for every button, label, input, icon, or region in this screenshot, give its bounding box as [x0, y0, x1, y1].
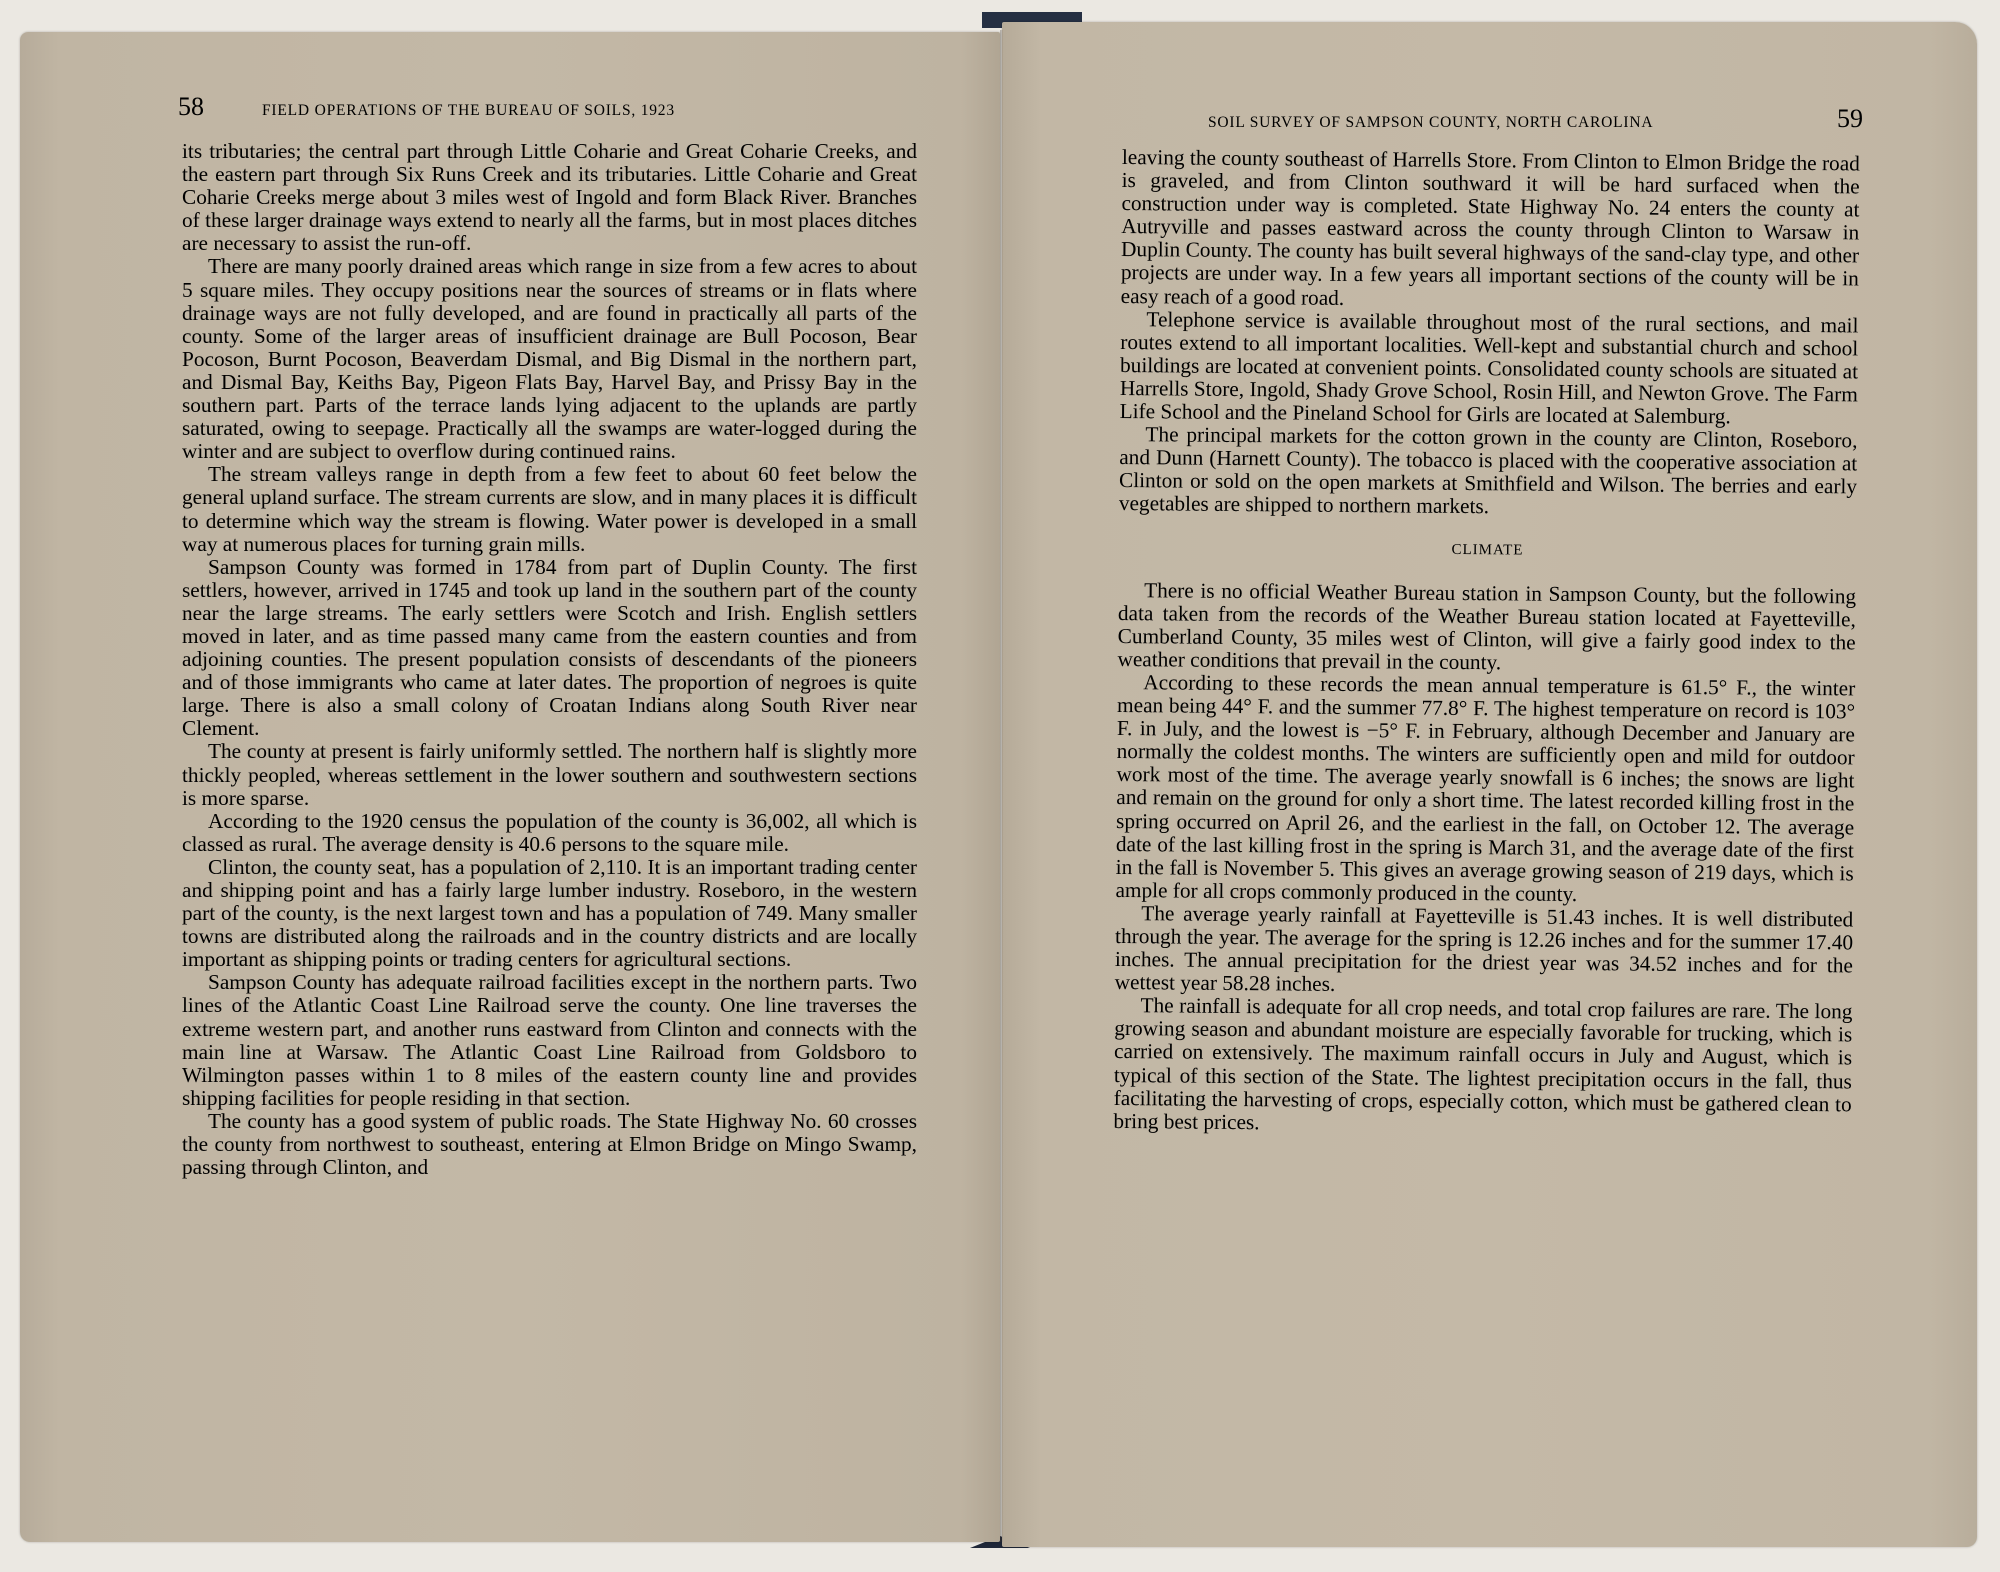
right-page-body: leaving the county southeast of Harrells…: [1113, 146, 1860, 1139]
running-head-title: FIELD OPERATIONS OF THE BUREAU OF SOILS,…: [262, 102, 675, 120]
paragraph: The rainfall is adequate for all crop ne…: [1113, 994, 1852, 1139]
page-gutter: [1000, 30, 1003, 1542]
page-number: 58: [178, 92, 204, 122]
paragraph: Telephone service is available throughou…: [1120, 308, 1859, 430]
paragraph: The county at present is fairly uniforml…: [182, 740, 917, 809]
right-running-header: SOIL SURVEY OF SAMPSON COUNTY, NORTH CAR…: [1208, 104, 1863, 134]
paragraph: The county has a good system of public r…: [182, 1110, 917, 1179]
paragraph: Sampson County was formed in 1784 from p…: [182, 556, 917, 741]
paragraph: Clinton, the county seat, has a populati…: [182, 856, 917, 971]
paragraph: leaving the county southeast of Harrells…: [1121, 146, 1860, 314]
paragraph: According to these records the mean annu…: [1115, 671, 1855, 908]
paragraph: its tributaries; the central part throug…: [182, 140, 917, 255]
left-running-header: 58 FIELD OPERATIONS OF THE BUREAU OF SOI…: [178, 92, 918, 122]
paragraph: Sampson County has adequate railroad fac…: [182, 971, 917, 1110]
paragraph: According to the 1920 census the populat…: [182, 810, 917, 856]
running-head-title: SOIL SURVEY OF SAMPSON COUNTY, NORTH CAR…: [1208, 114, 1653, 132]
section-heading-climate: CLIMATE: [1118, 535, 1856, 565]
paragraph: The average yearly rainfall at Fayettevi…: [1115, 902, 1854, 1001]
paragraph: There are many poorly drained areas whic…: [182, 255, 917, 463]
paragraph: The principal markets for the cotton gro…: [1119, 423, 1858, 522]
paragraph: The stream valleys range in depth from a…: [182, 463, 917, 555]
paragraph: There is no official Weather Bureau stat…: [1117, 579, 1856, 678]
page-number: 59: [1837, 104, 1863, 134]
left-page-body: its tributaries; the central part throug…: [182, 140, 917, 1179]
